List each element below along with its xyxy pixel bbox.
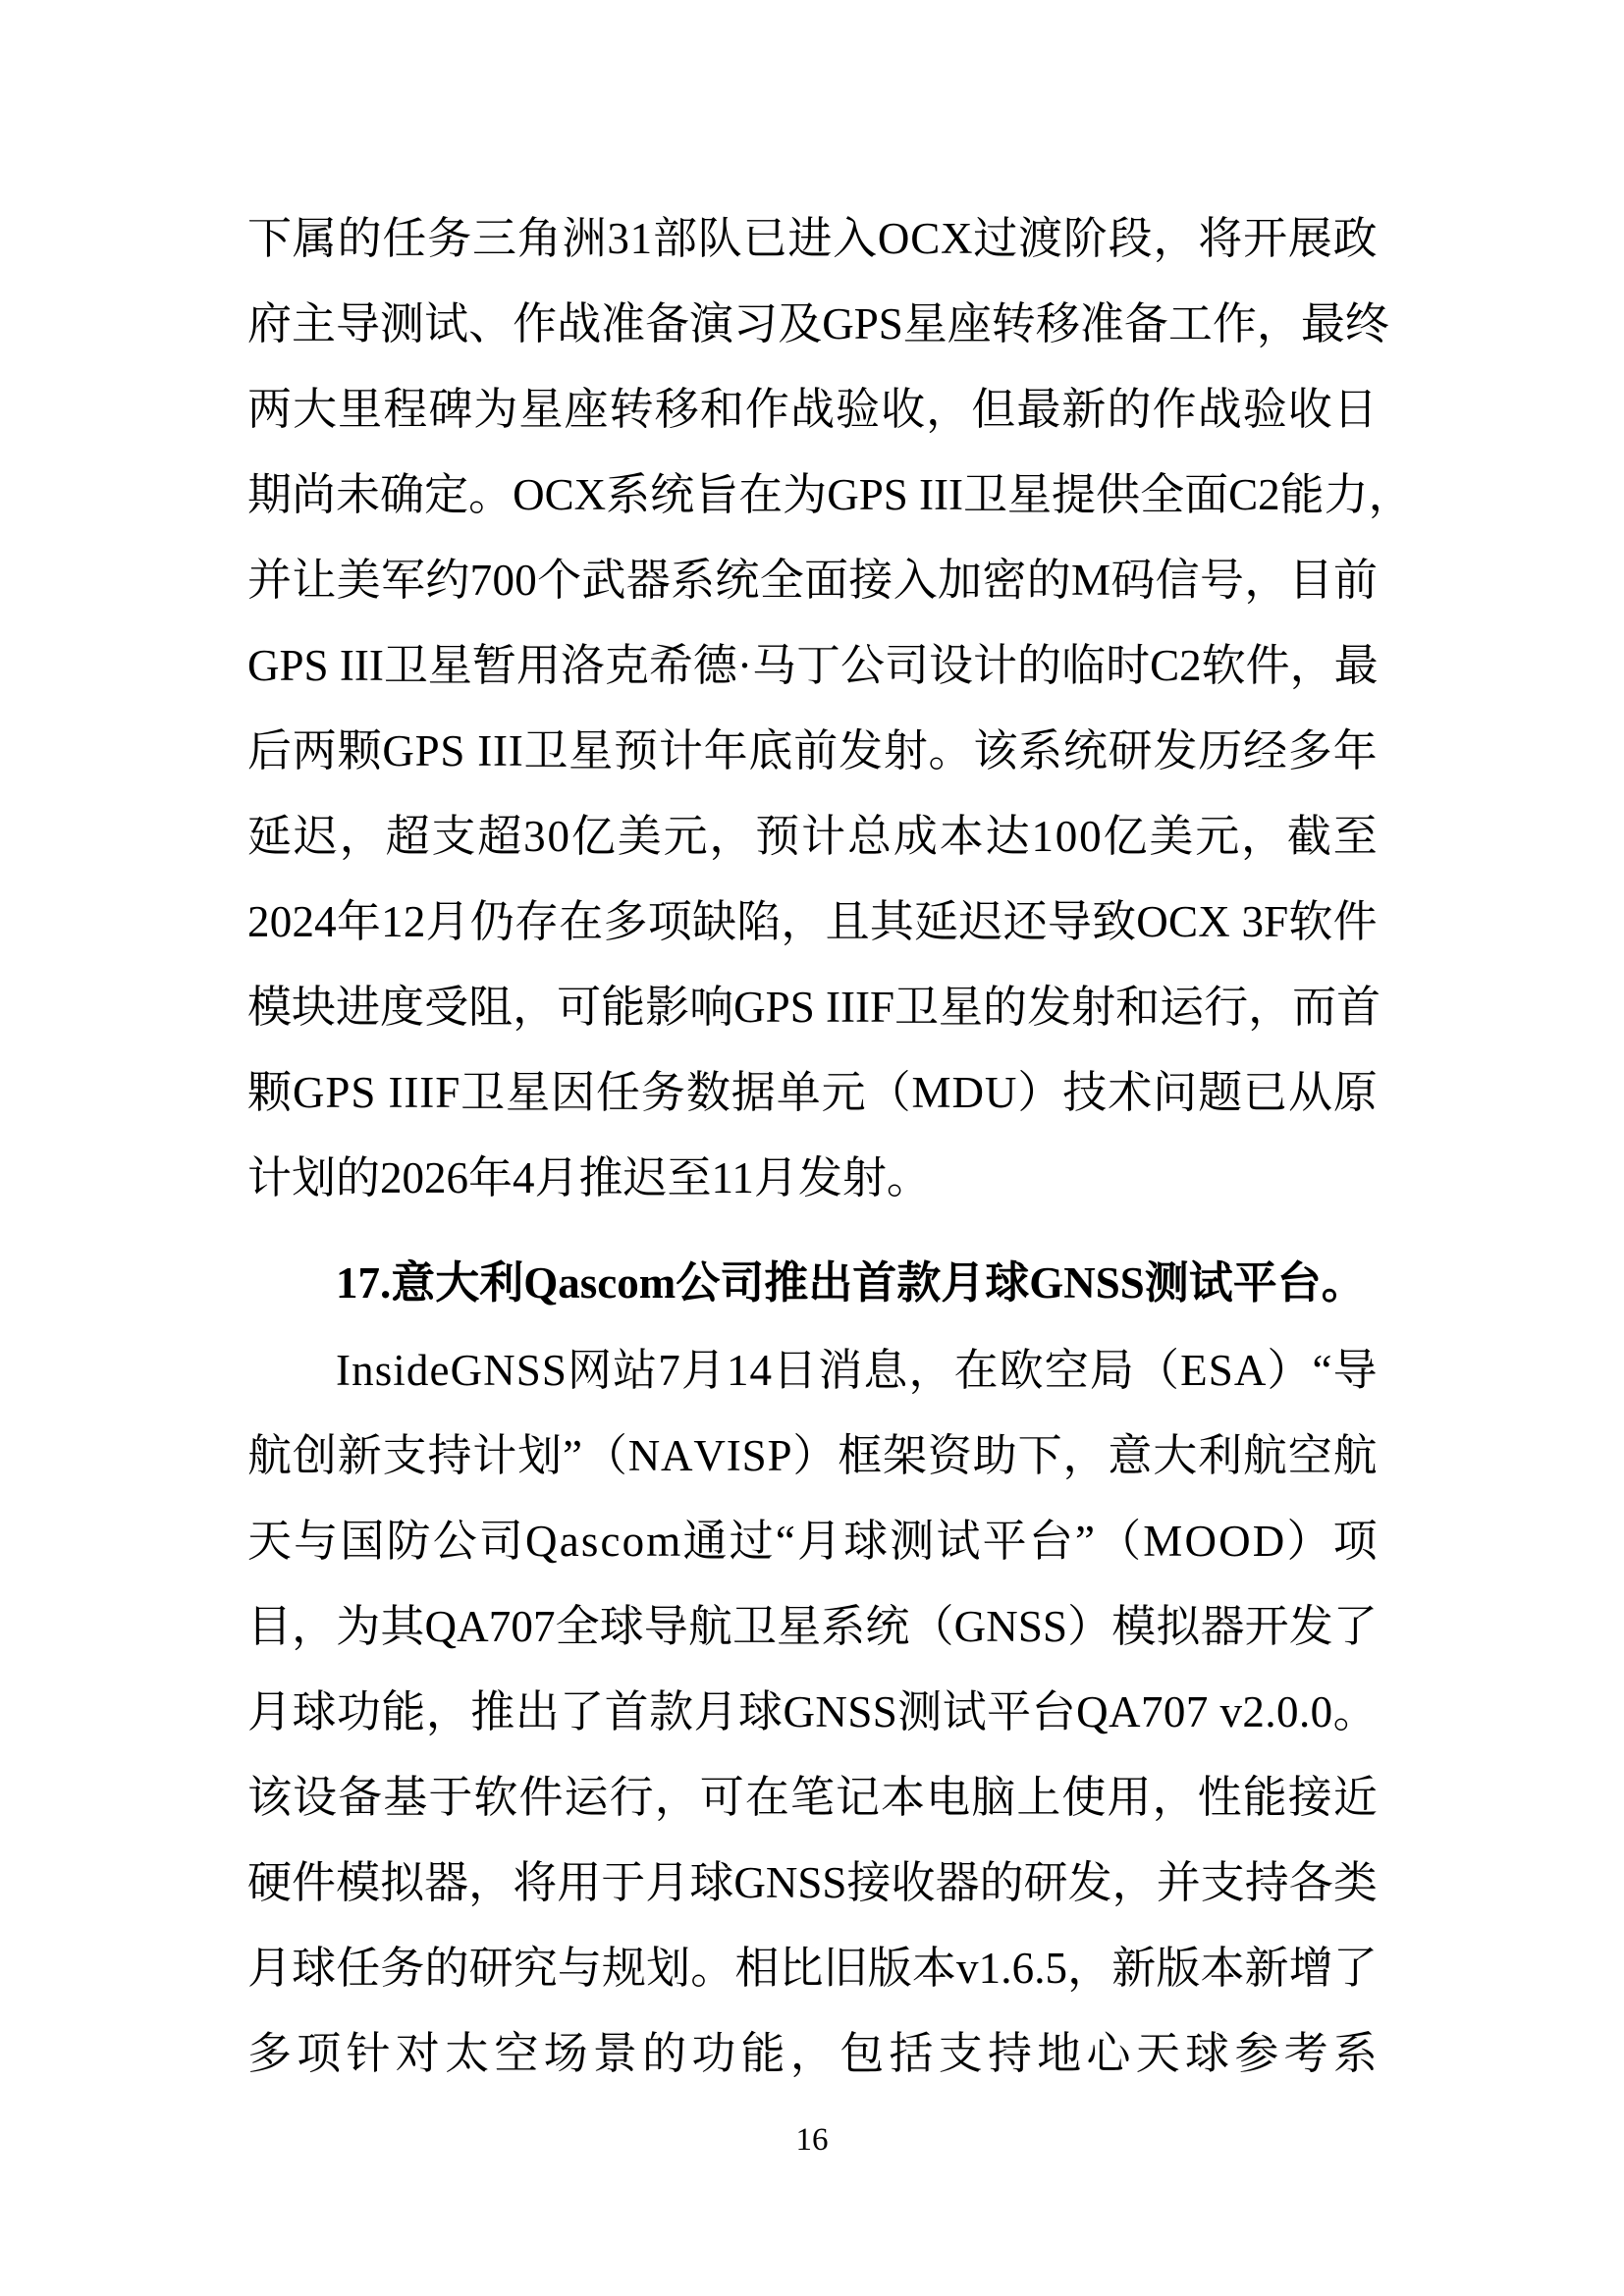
text-line: 天与国防公司Qascom通过“月球测试平台”（MOOD）项 — [247, 1499, 1378, 1584]
text-line: 目，为其QA707全球导航卫星系统（GNSS）模拟器开发了 — [247, 1584, 1378, 1670]
text-line: 该设备基于软件运行，可在笔记本电脑上使用，性能接近 — [247, 1755, 1378, 1841]
text-line: 下属的任务三角洲31部队已进入OCX过渡阶段，将开展政 — [247, 196, 1378, 282]
document-body: 下属的任务三角洲31部队已进入OCX过渡阶段，将开展政府主导测试、作战准备演习及… — [247, 196, 1378, 2097]
text-line: 硬件模拟器，将用于月球GNSS接收器的研发，并支持各类 — [247, 1841, 1378, 1926]
text-line: 后两颗GPS III卫星预计年底前发射。该系统研发历经多年 — [247, 709, 1378, 794]
text-line: 并让美军约700个武器系统全面接入加密的M码信号，目前 — [247, 538, 1378, 623]
text-line: 颗GPS IIIF卫星因任务数据单元（MDU）技术问题已从原 — [247, 1050, 1378, 1136]
text-line: 2024年12月仍存在多项缺陷，且其延迟还导致OCX 3F软件 — [247, 880, 1378, 965]
text-line: 航创新支持计划”（NAVISP）框架资助下，意大利航空航 — [247, 1414, 1378, 1499]
text-line: 模块进度受阻，可能影响GPS IIIF卫星的发射和运行，而首 — [247, 965, 1378, 1050]
page-number: 16 — [0, 2118, 1624, 2163]
text-line: 月球任务的研究与规划。相比旧版本v1.6.5，新版本新增了 — [247, 1926, 1378, 2011]
text-line: 期尚未确定。OCX系统旨在为GPS III卫星提供全面C2能力， — [247, 453, 1378, 538]
heading-item-17: 17.意大利Qascom公司推出首款月球GNSS测试平台。 — [247, 1241, 1378, 1326]
text-line: 两大里程碑为星座转移和作战验收，但最新的作战验收日 — [247, 367, 1378, 453]
text-line: 月球功能，推出了首款月球GNSS测试平台QA707 v2.0.0。 — [247, 1670, 1378, 1755]
text-line: GPS III卫星暂用洛克希德·马丁公司设计的临时C2软件，最 — [247, 623, 1378, 709]
text-line: 多项针对太空场景的功能，包括支持地心天球参考系 — [247, 2011, 1378, 2097]
text-line: 府主导测试、作战准备演习及GPS星座转移准备工作，最终 — [247, 282, 1378, 367]
text-line: 延迟，超支超30亿美元，预计总成本达100亿美元，截至 — [247, 794, 1378, 880]
document-page: { "page": { "background": "#ffffff", "te… — [0, 0, 1624, 2296]
text-line: 计划的2026年4月推迟至11月发射。 — [247, 1136, 1378, 1221]
text-line: InsideGNSS网站7月14日消息，在欧空局（ESA）“导 — [247, 1328, 1378, 1414]
